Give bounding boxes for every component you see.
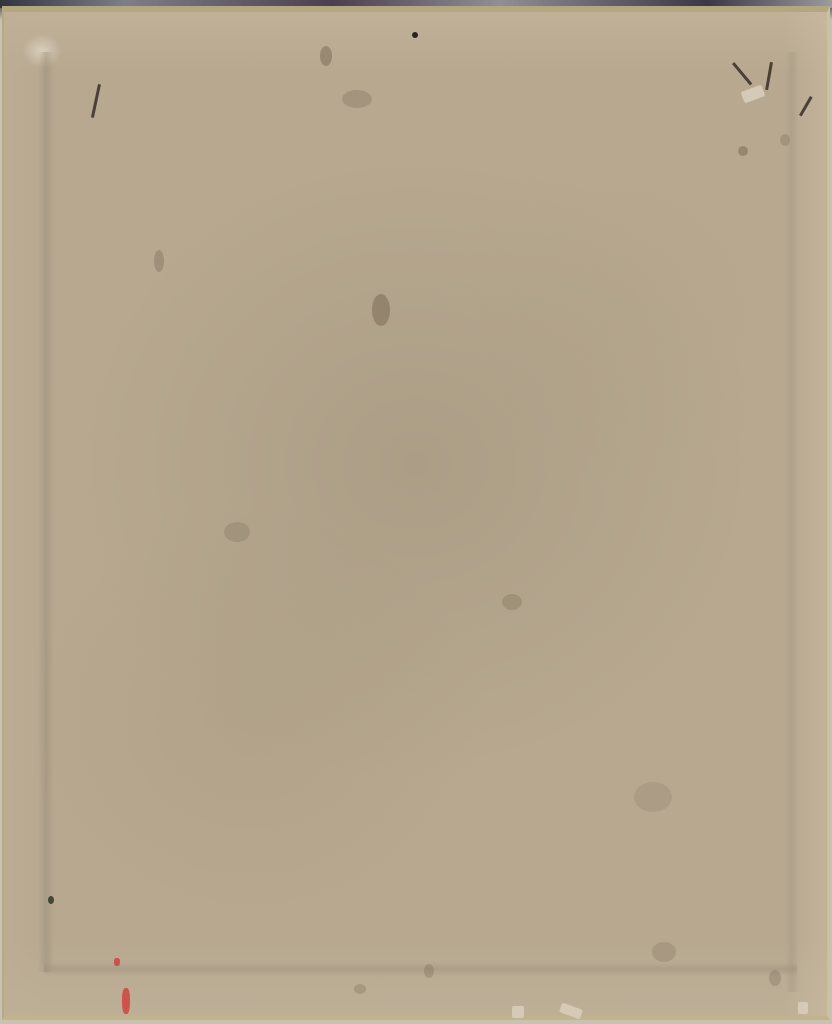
paper-fold-right [785,52,799,992]
paper-tear [732,62,752,85]
paper-tear-flap [741,85,766,104]
paper-tear-flap [798,1002,808,1014]
stain [412,32,418,38]
stain [224,522,250,542]
stain [320,46,332,66]
red-mark [114,958,120,966]
paper-tear [765,62,773,90]
paper-tear [91,84,101,118]
stain [780,134,790,146]
stain [424,964,434,978]
stain [354,984,366,994]
paper-tear-flap [559,1003,583,1020]
paper-tear-flap [512,1006,524,1018]
stain [634,782,672,812]
paper-fold-bottom [44,962,797,976]
stain [652,942,676,962]
photo-scene [0,0,832,1024]
stain [769,970,781,986]
frame-back [2,6,830,1020]
stain [372,294,390,326]
red-mark [122,988,130,1014]
paper-backing [4,12,827,1016]
stain [738,146,748,156]
stain [502,594,522,610]
paper-tear [799,96,813,117]
stain [154,250,164,272]
paper-fold-left [38,52,54,972]
stain [342,90,372,108]
stain [48,896,54,904]
